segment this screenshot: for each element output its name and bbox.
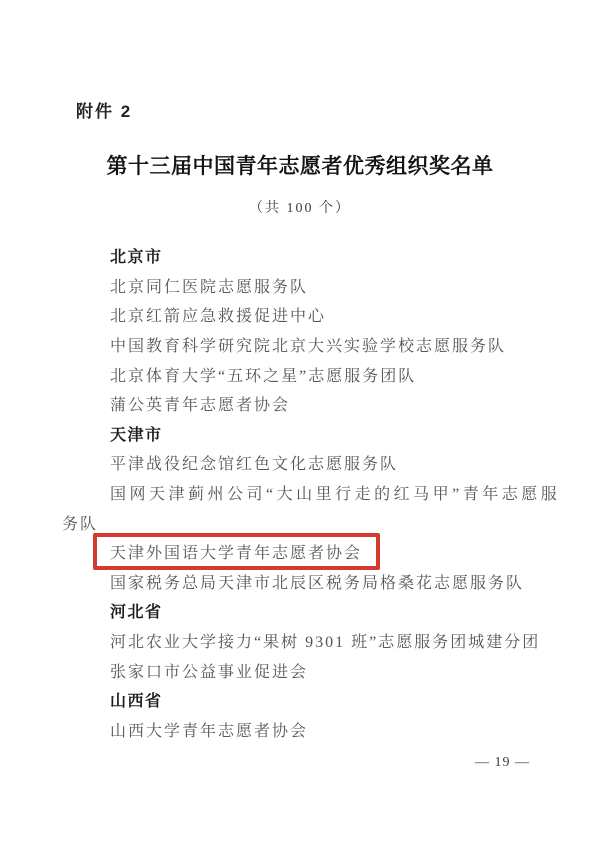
list-item: 张家口市公益事业促进会 — [62, 655, 554, 685]
award-list: 北京市 北京同仁医院志愿服务队 北京红箭应急救援促进中心 中国教育科学研究院北京… — [62, 241, 554, 744]
list-item: 北京红箭应急救援促进中心 — [62, 300, 554, 330]
section-header-tianjin: 天津市 — [62, 419, 554, 449]
list-item: 平津战役纪念馆红色文化志愿服务队 — [62, 448, 554, 478]
section-header-beijing: 北京市 — [62, 241, 554, 271]
list-item: 蒲公英青年志愿者协会 — [62, 389, 554, 419]
list-item-highlighted: 天津外国语大学青年志愿者协会 — [62, 537, 554, 567]
list-item: 北京体育大学“五环之星”志愿服务团队 — [62, 359, 554, 389]
red-highlight-box: 天津外国语大学青年志愿者协会 — [93, 533, 380, 570]
list-item: 中国教育科学研究院北京大兴实验学校志愿服务队 — [62, 330, 554, 360]
page-title: 第十三届中国青年志愿者优秀组织奖名单 — [0, 150, 600, 180]
page-number: — 19 — — [475, 755, 530, 771]
page-subtitle: （共 100 个） — [0, 197, 600, 217]
list-item: 国网天津蓟州公司“大山里行走的红马甲”青年志愿服 — [62, 478, 554, 508]
list-item: 国家税务总局天津市北辰区税务局格桑花志愿服务队 — [62, 567, 554, 597]
section-header-hebei: 河北省 — [62, 596, 554, 626]
section-header-shanxi: 山西省 — [62, 685, 554, 715]
list-item: 河北农业大学接力“果树 9301 班”志愿服务团城建分团 — [62, 626, 554, 656]
document-page: 附件 2 第十三届中国青年志愿者优秀组织奖名单 （共 100 个） 北京市 北京… — [0, 0, 600, 848]
list-item: 山西大学青年志愿者协会 — [62, 715, 554, 745]
attachment-label: 附件 2 — [76, 97, 132, 122]
list-item: 北京同仁医院志愿服务队 — [62, 271, 554, 301]
